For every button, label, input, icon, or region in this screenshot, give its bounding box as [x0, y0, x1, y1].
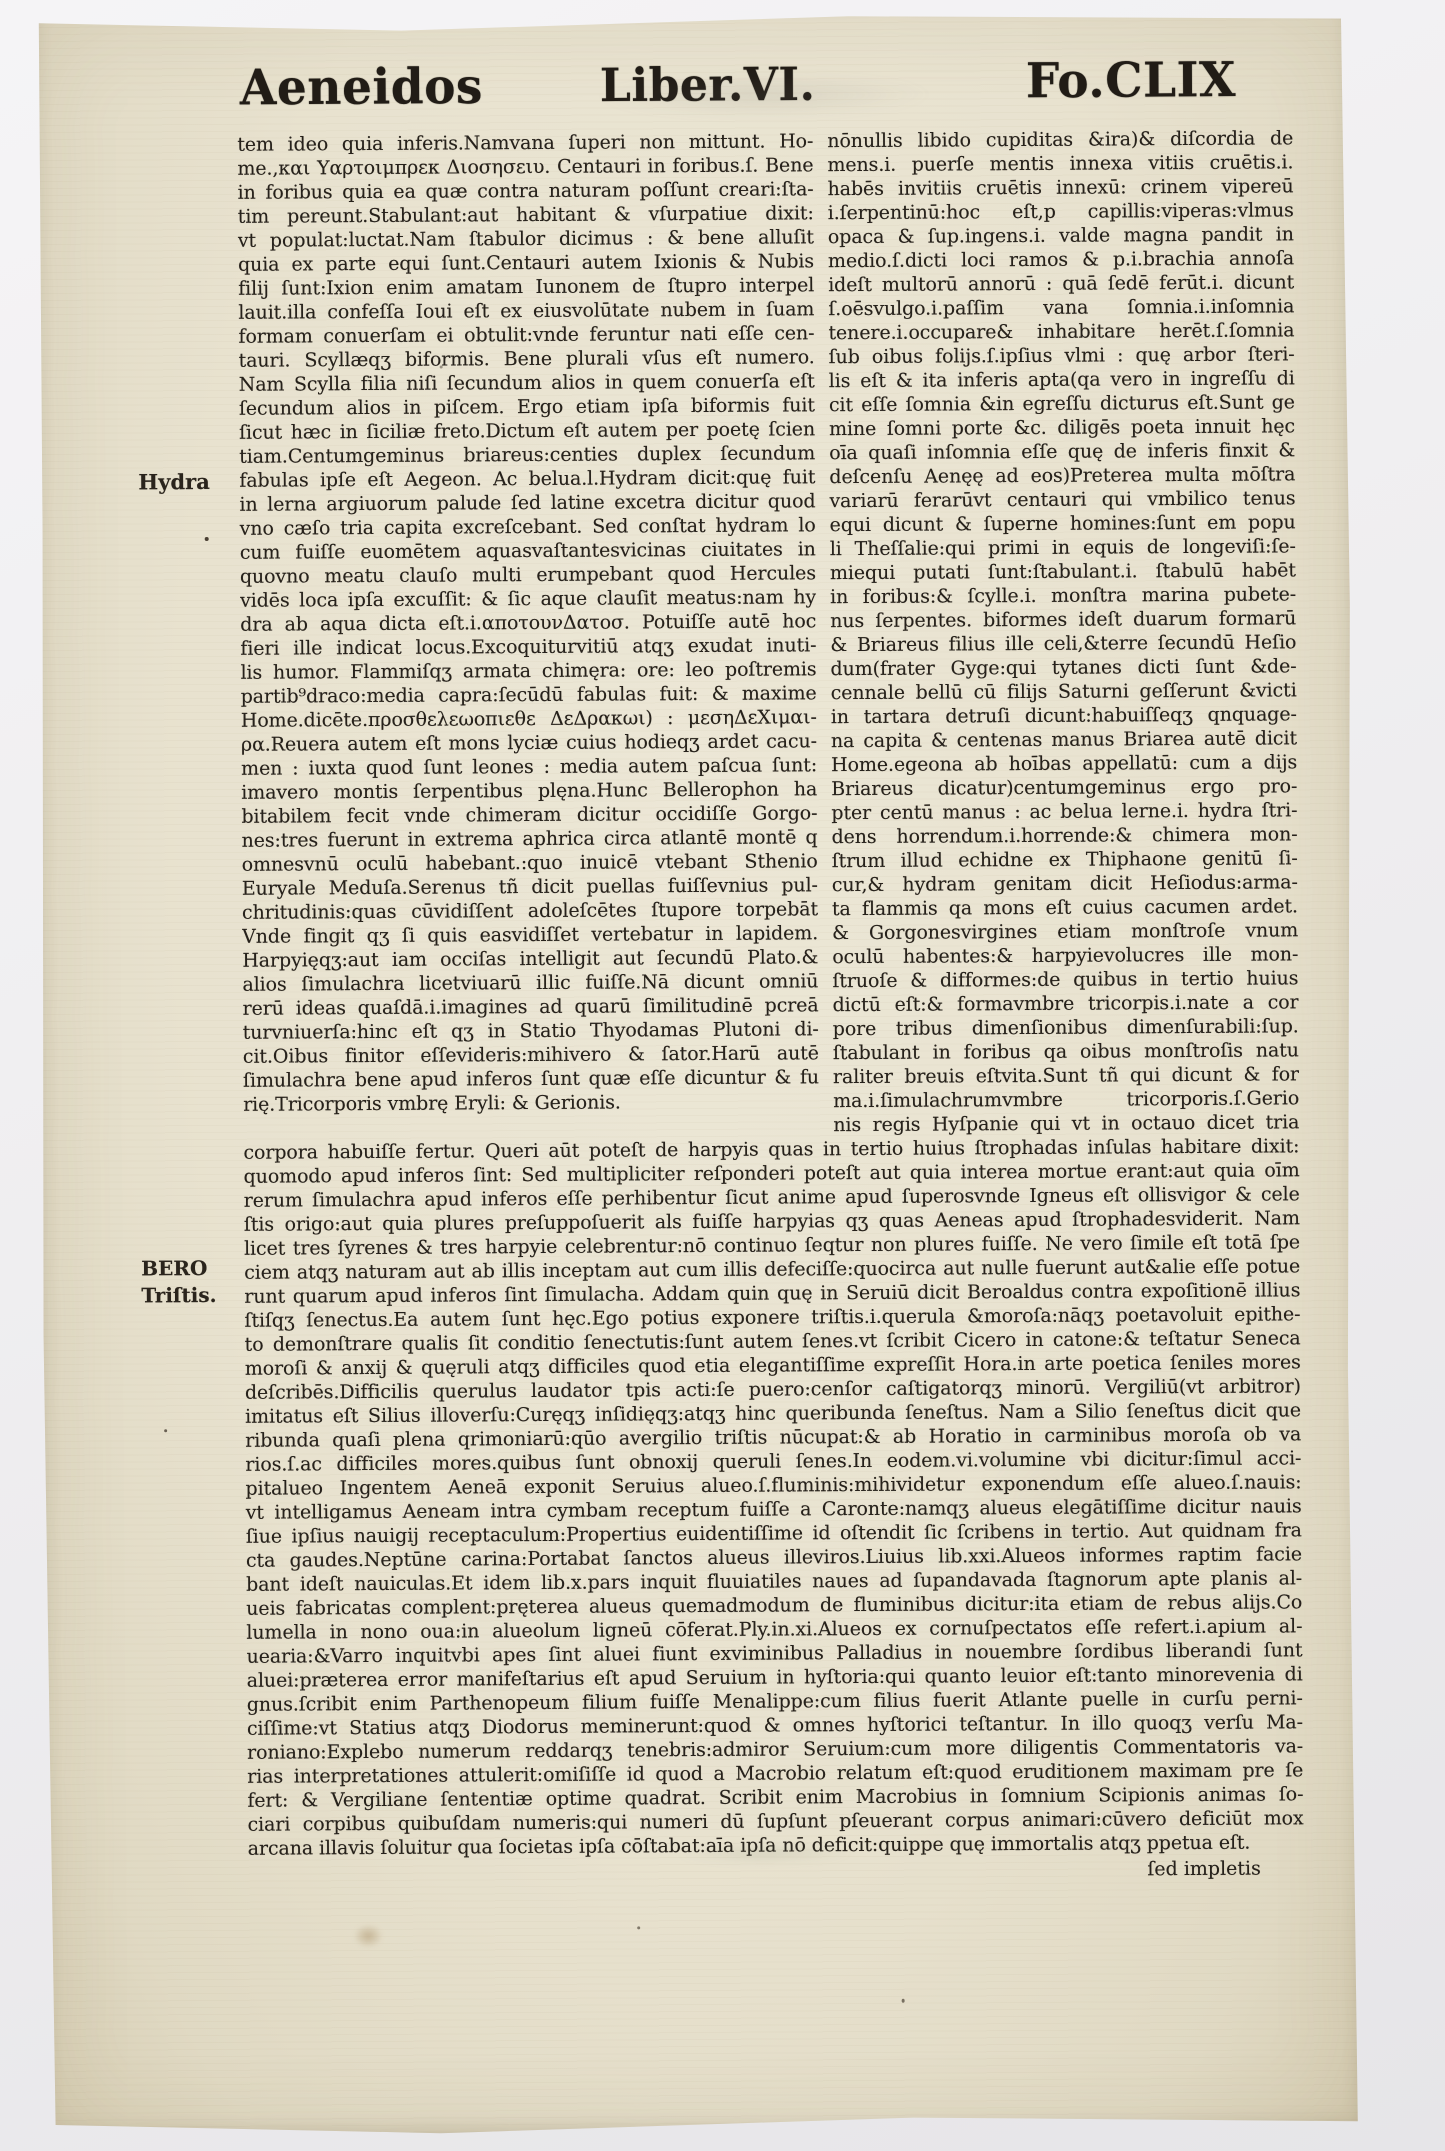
header-book-number: Liber.VI. — [600, 58, 816, 112]
text-line-right-column: na capita & centenas manus Briarea autē … — [831, 726, 1297, 753]
text-line-right-column: in tartara detruſi dicunt:habuiſſeqʒ qnq… — [831, 702, 1297, 729]
text-line-left-column: tem ideo quia inferis.Namvana ſuperi non… — [237, 129, 813, 157]
text-line-left-column: in foribus quia ea quæ contra naturam po… — [238, 177, 814, 205]
text-line-right-column: cur,& hydram genitam dicit Heſiodus:arma… — [832, 870, 1298, 897]
foxing-speck — [205, 537, 209, 541]
running-header: Aeneidos Liber.VI. Fo.CLIX — [34, 48, 1348, 136]
text-line-left-column: men : iuxta quod ſunt leones : media aut… — [241, 753, 817, 781]
text-line-right-column: dum(frater Gyge:qui tytanes dicti ſunt &… — [830, 654, 1296, 681]
text-line-left-column: nes:tres fuerunt in extrema aphrica circ… — [241, 825, 817, 853]
text-line-right-column: ſtabulant in foribus qa oibus monſtroſis… — [833, 1038, 1299, 1065]
text-line-right-column: raliter breuis eſtvita.Sunt tñ qui dicun… — [833, 1062, 1299, 1089]
text-line-right-column: nōnullis libido cupiditas &ira)& diſcord… — [827, 126, 1293, 153]
text-line-left-column: tiam.Centumgeminus briareus:centies dupl… — [239, 441, 815, 469]
text-line-right-column: i.ſerpentinū:hoc eſt,p capillis:viperas:… — [828, 198, 1294, 225]
text-line-left-column: alios ſimulachra licetviuarū illic fuiſſ… — [242, 969, 818, 997]
text-line-right-column: miequi putati ſunt:ſtabulant.i. ſtabulū … — [830, 558, 1296, 585]
text-column-left: tem ideo quia inferis.Namvana ſuperi non… — [237, 129, 819, 1117]
text-line-right-column: variarū ferarūvt centauri qui vmbilico t… — [829, 486, 1295, 513]
text-line-left-column: fieri ille indicat locus.Excoquiturvitiū… — [240, 633, 816, 661]
text-line-left-column: me.,και Υαρτοιμπρεκ Διοσησειυ. Centauri … — [237, 153, 813, 181]
text-line-left-column: Harpyięqʒ:aut iam occiſas intelligit aut… — [242, 945, 818, 973]
text-line-left-column: ſecundum alios in piſcem. Ergo etiam ipſ… — [239, 393, 815, 421]
text-line-left-column: bitabilem fecit vnde chimeram dicitur oc… — [241, 801, 817, 829]
text-line-left-column: vidēs loca ipſa excuſſit: & ſic aque cla… — [240, 585, 816, 613]
foxing-speck — [902, 1999, 905, 2003]
text-line-left-column: imavero montis ſerpentibus plęna.Hunc Be… — [241, 777, 817, 805]
header-folio-number: Fo.CLIX — [1026, 52, 1236, 109]
text-block-full-width: corpora habuiſſe fertur. Queri aūt poteſ… — [243, 1134, 1303, 1860]
text-line-right-column: deſcenſu Aenęę ad eos)Preterea multa mōſ… — [829, 462, 1295, 489]
text-line-left-column: tim pereunt.Stabulant:aut habitant & vſu… — [238, 201, 814, 229]
text-line-right-column: in foribus:& ſcylle.i. monſtra marina pu… — [830, 582, 1296, 609]
text-line-right-column: cit eſſe ſomnia &in egreſſu dicturus eſt… — [829, 390, 1295, 417]
text-line-left-column: in lerna argiuorum palude ſed latine exc… — [239, 489, 815, 517]
text-line-right-column: ſub oibus folijs.ſ.ipſius vlmi : quę arb… — [829, 342, 1295, 369]
text-line-full-width: arcana illavis ſoluitur qua ſocietas ipſ… — [248, 1830, 1304, 1860]
margin-note-hydra: Hydra — [138, 469, 210, 494]
text-line-left-column: quovno meatu clauſo multi erumpebant quo… — [240, 561, 816, 589]
text-line-right-column: pter centū manus : ac belua lerne.i. hyd… — [831, 798, 1297, 825]
margin-note-bero-line1: BERO — [141, 1255, 216, 1282]
text-line-left-column: rię.Tricorporis vmbrę Eryli: & Gerionis. — [243, 1089, 819, 1117]
text-line-left-column: filij ſunt:Ixion enim amatam Iunonem de … — [238, 273, 814, 301]
text-line-right-column: nus ſerpentes. biformes ideſt duarum for… — [830, 606, 1296, 633]
text-line-right-column: nis regis Hyſpanie qui vt in octauo dice… — [833, 1110, 1299, 1137]
text-line-left-column: rerū ideas quaſdā.i.imagines ad quarū ſi… — [243, 993, 819, 1021]
text-line-right-column: oīa quaſi inſomnia eſſe quę de inferis f… — [829, 438, 1295, 465]
text-line-right-column: mens.i. puerſe mentis innexa vitiis cruē… — [827, 150, 1293, 177]
text-line-right-column: lis eſt & ita inferis apta(qa vero in in… — [829, 366, 1295, 393]
text-line-right-column: & Briareus filius ille celi,&terre ſecun… — [830, 630, 1296, 657]
text-line-left-column: tauri. Scyllæqʒ biformis. Bene plurali v… — [239, 345, 815, 373]
text-line-left-column: Vnde fingit qʒ ſi quis easvidiſſet verte… — [242, 921, 818, 949]
text-line-left-column: partib⁹draco:media capra:ſecūdū fabulas … — [241, 681, 817, 709]
text-line-right-column: equi dicunt & ſuperne homines:ſunt em po… — [830, 510, 1296, 537]
text-line-right-column: ſ.oēsvulgo.i.paſſim vana ſomnia.i.inſomn… — [828, 294, 1294, 321]
text-line-left-column: vno cæſo tria capita excreſcebant. Sed c… — [240, 513, 816, 541]
photo-backdrop: Aeneidos Liber.VI. Fo.CLIX Hydra BERO Tr… — [0, 0, 1445, 2151]
text-line-right-column: pore tribus dimenſionibus dimenſurabili:… — [833, 1014, 1299, 1041]
text-line-left-column: lauit.illa confeſſa Ioui eſt ex eiusvolū… — [238, 297, 814, 325]
incunabulum-page: Aeneidos Liber.VI. Fo.CLIX Hydra BERO Tr… — [34, 10, 1361, 2142]
text-line-right-column: oculū habentes:& harpyievolucres ille mo… — [832, 942, 1298, 969]
text-line-left-column: Home.dicēte.προσθελεωοπιεθε ΔεΔρακωι) : … — [241, 705, 817, 733]
catchword: ſed impletis — [248, 1857, 1261, 1889]
text-line-right-column: medio.ſ.dicti loci ramos & p.i.brachia a… — [828, 246, 1294, 273]
text-line-left-column: Euryale Meduſa.Serenus tñ dicit puellas … — [242, 873, 818, 901]
text-line-right-column: li Theſſalie:qui primi in equis de longe… — [830, 534, 1296, 561]
text-line-left-column: vt populat:luctat.Nam ſtabulor dicimus :… — [238, 225, 814, 253]
text-column-right: nōnullis libido cupiditas &ira)& diſcord… — [827, 126, 1299, 1137]
text-line-right-column: opaca & ſup.ingens.i. valde magna pandit… — [828, 222, 1294, 249]
foxing-speck — [164, 1429, 167, 1432]
foxing-speck — [440, 366, 443, 369]
text-line-right-column: dens horrendum.i.horrende:& chimera mon- — [831, 822, 1297, 849]
text-line-left-column: omnesvnū oculū habebant.:quo inuicē vteb… — [242, 849, 818, 877]
text-line-left-column: ρα.Reuera autem eſt mons lyciæ cuius hod… — [241, 729, 817, 757]
text-line-left-column: cit.Oibus finitor eſſevideris:mihivero &… — [243, 1041, 819, 1069]
text-line-right-column: Briareus dicatur)centumgeminus ergo pro- — [831, 774, 1297, 801]
text-line-right-column: ta flammis qa mons eſt cuius cacumen ard… — [832, 894, 1298, 921]
text-line-left-column: chritudinis:quas cūvidiſſent adoleſcētes… — [242, 897, 818, 925]
margin-note-bero: BERO Triſtis. — [141, 1255, 217, 1309]
text-line-right-column: tenere.i.occupare& inhabitare herēt.ſ.ſo… — [828, 318, 1294, 345]
text-line-right-column: dictū eſt:& formavmbre tricorpis.i.nate … — [832, 990, 1298, 1017]
text-line-right-column: Home.egeona ab hoības appellatū: cum a d… — [831, 750, 1297, 777]
text-line-right-column: & Gorgonesvirgines etiam monſtroſe vnum — [832, 918, 1298, 945]
text-line-right-column: ſtrum illud echidne ex Thiphaone genitū … — [832, 846, 1298, 873]
text-line-left-column: quia ex parte equi ſunt.Centauri autem I… — [238, 249, 814, 277]
text-line-left-column: dra ab aqua dicta eſt.i.αποτουνΔατοσ. Po… — [240, 609, 816, 637]
text-line-right-column: ideſt multorū annorū : quā ſedē ferūt.i.… — [828, 270, 1294, 297]
text-line-left-column: ſicut hæc in ſiciliæ freto.Dictum eſt au… — [239, 417, 815, 445]
text-line-left-column: Nam Scylla filia niſi ſecundum alios in … — [239, 369, 815, 397]
header-title-aeneidos: Aeneidos — [240, 58, 483, 117]
text-line-right-column: habēs invitiis cruētis innexū: crinem vi… — [828, 174, 1294, 201]
text-line-right-column: cennale bellū cū filijs Saturni geſſerun… — [831, 678, 1297, 705]
foxing-speck — [637, 1926, 640, 1929]
age-stain — [353, 1924, 383, 1948]
text-line-right-column: mine ſomni porte &c. diligēs poeta innui… — [829, 414, 1295, 441]
text-line-right-column: ma.i.ſimulachrumvmbre tricorporis.ſ.Geri… — [833, 1086, 1299, 1113]
text-line-left-column: fabulas ipſe eſt Aegeon. Ac belua.l.Hydr… — [239, 465, 815, 493]
text-line-left-column: formam conuerſam ei obtulit:vnde feruntu… — [238, 321, 814, 349]
text-line-left-column: turvniuerſa:hinc eſt qʒ in Statio Thyoda… — [243, 1017, 819, 1045]
text-line-left-column: ſimulachra bene apud inferos ſunt quæ eſ… — [243, 1065, 819, 1093]
text-line-left-column: lis humor. Flammiſqʒ armata chimęra: ore… — [240, 657, 816, 685]
text-line-right-column: ſtruoſe & difformes:de quibus in tertio … — [832, 966, 1298, 993]
text-line-left-column: cum fuiſſe euomētem aquasvaſtantesvicina… — [240, 537, 816, 565]
margin-note-bero-line2: Triſtis. — [141, 1282, 216, 1309]
foxing-speck — [1272, 478, 1275, 481]
